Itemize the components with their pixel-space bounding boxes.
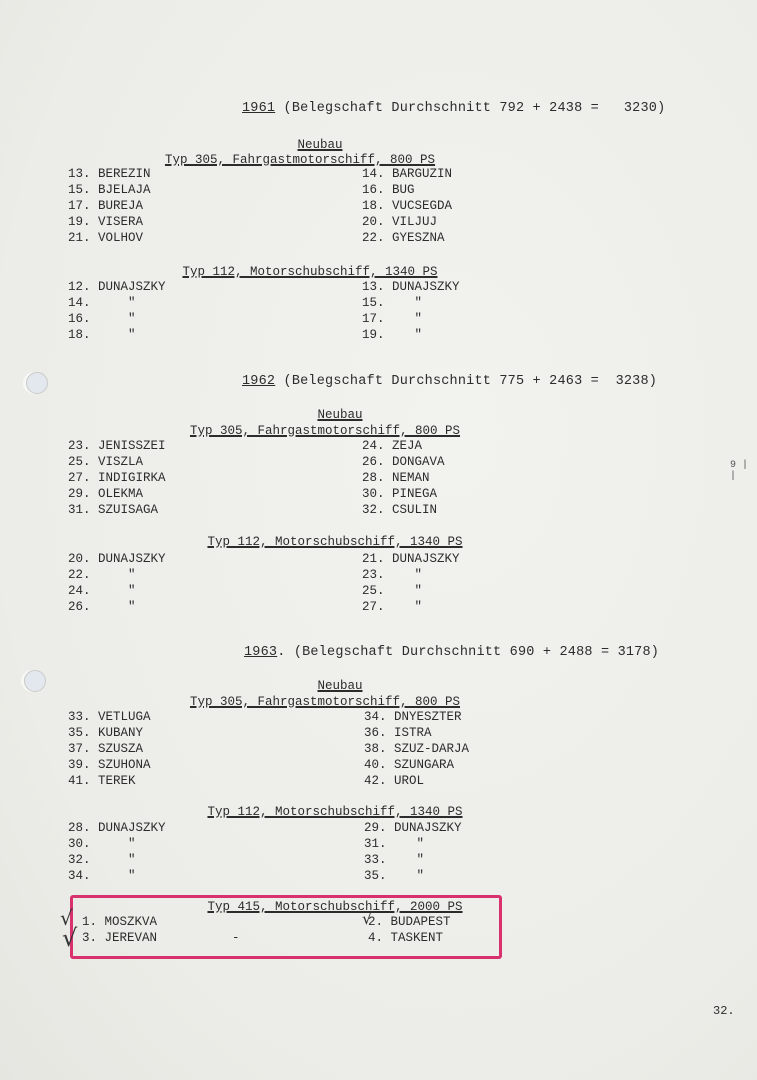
ship-entry: 16. BUG	[362, 182, 415, 198]
ship-entry: 34. DNYESZTER	[364, 709, 462, 725]
ship-entry: 21. DUNAJSZKY	[362, 551, 460, 567]
ship-entry: 28. NEMAN	[362, 470, 430, 486]
ship-entry: 27. INDIGIRKA	[68, 470, 166, 486]
ship-entry: 1. MOSZKVA	[82, 914, 157, 930]
workforce-summary: (Belegschaft Durchschnitt 775 + 2463 = 3…	[275, 374, 657, 389]
year-heading-1962: 1962 (Belegschaft Durchschnitt 775 + 246…	[242, 374, 657, 389]
neubau-label: Neubau	[270, 679, 410, 693]
group-heading: Typ 305, Fahrgastmotorschiff, 800 PS	[165, 424, 485, 438]
ship-entry: 34. "	[68, 868, 136, 884]
year-label: 1961	[242, 101, 275, 116]
ship-entry: 25. VISZLA	[68, 454, 143, 470]
ship-entry: 4. TASKENT	[368, 930, 443, 946]
ship-entry: 14. "	[68, 295, 136, 311]
ship-entry: 19. VISERA	[68, 214, 143, 230]
ship-entry: 31. "	[364, 836, 424, 852]
year-heading-1961: 1961 (Belegschaft Durchschnitt 792 + 243…	[242, 101, 665, 116]
ship-entry: 23. JENISSZEI	[68, 438, 166, 454]
ship-entry: 29. OLEKMA	[68, 486, 143, 502]
neubau-label: Neubau	[270, 408, 410, 422]
ship-entry: 35. KUBANY	[68, 725, 143, 741]
year-label: 1962	[242, 374, 275, 389]
ship-entry: 20. VILJUJ	[362, 214, 437, 230]
document-page: 9 | | 1961 (Belegschaft Durchschnitt 792…	[0, 0, 757, 1080]
ship-entry: 37. SZUSZA	[68, 741, 143, 757]
workforce-summary: . (Belegschaft Durchschnitt 690 + 2488 =…	[277, 645, 659, 660]
ship-entry: 20. DUNAJSZKY	[68, 551, 166, 567]
group-heading: Typ 305, Fahrgastmotorschiff, 800 PS	[165, 695, 485, 709]
side-mark: 9 | |	[730, 460, 757, 482]
ship-entry: 30. "	[68, 836, 136, 852]
group-heading: Typ 305, Fahrgastmotorschiff, 800 PS	[140, 153, 460, 167]
ship-entry: 29. DUNAJSZKY	[364, 820, 462, 836]
checkmark-icon: √	[62, 924, 77, 952]
ship-entry: 22. GYESZNA	[362, 230, 445, 246]
group-heading: Typ 112, Motorschubschiff, 1340 PS	[185, 805, 485, 819]
ship-entry: 26. DONGAVA	[362, 454, 445, 470]
group-heading: Typ 415, Motorschubschiff, 2000 PS	[185, 900, 485, 914]
ship-entry: 12. DUNAJSZKY	[68, 279, 166, 295]
ship-entry: 13. DUNAJSZKY	[362, 279, 460, 295]
punch-hole	[26, 372, 48, 394]
ship-entry: 22. "	[68, 567, 136, 583]
ship-entry: 32. "	[68, 852, 136, 868]
ship-entry: 23. "	[362, 567, 422, 583]
ship-entry: 16. "	[68, 311, 136, 327]
group-heading: Typ 112, Motorschubschiff, 1340 PS	[160, 265, 460, 279]
workforce-summary: (Belegschaft Durchschnitt 792 + 2438 = 3…	[275, 101, 665, 116]
checkmark-icon: √	[362, 909, 372, 928]
ship-entry: 21. VOLHOV	[68, 230, 143, 246]
ship-entry: 28. DUNAJSZKY	[68, 820, 166, 836]
ship-entry: 33. "	[364, 852, 424, 868]
ship-entry: 13. BEREZIN	[68, 166, 151, 182]
ship-entry: 18. "	[68, 327, 136, 343]
ship-entry: 38. SZUZ-DARJA	[364, 741, 469, 757]
ship-entry: 14. BARGUZIN	[362, 166, 452, 182]
ship-entry: 25. "	[362, 583, 422, 599]
year-label: 1963	[244, 645, 277, 660]
ship-entry: 17. "	[362, 311, 422, 327]
ship-entry: 42. UROL	[364, 773, 424, 789]
ship-entry: 3. JEREVAN -	[82, 930, 240, 946]
ship-entry: 36. ISTRA	[364, 725, 432, 741]
ship-entry: 32. CSULIN	[362, 502, 437, 518]
ship-entry: 24. "	[68, 583, 136, 599]
year-heading-1963: 1963. (Belegschaft Durchschnitt 690 + 24…	[244, 645, 659, 660]
page-number: 32.	[713, 1004, 735, 1018]
ship-entry: 40. SZUNGARA	[364, 757, 454, 773]
ship-entry: 24. ZEJA	[362, 438, 422, 454]
ship-entry: 26. "	[68, 599, 136, 615]
ship-entry: 2. BUDAPEST	[368, 914, 451, 930]
ship-entry: 15. BJELAJA	[68, 182, 151, 198]
ship-entry: 30. PINEGA	[362, 486, 437, 502]
ship-entry: 33. VETLUGA	[68, 709, 151, 725]
ship-entry: 39. SZUHONA	[68, 757, 151, 773]
ship-entry: 19. "	[362, 327, 422, 343]
ship-entry: 31. SZUISAGA	[68, 502, 158, 518]
ship-entry: 18. VUCSEGDA	[362, 198, 452, 214]
ship-entry: 35. "	[364, 868, 424, 884]
neubau-label: Neubau	[250, 138, 390, 152]
group-heading: Typ 112, Motorschubschiff, 1340 PS	[185, 535, 485, 549]
punch-hole	[24, 670, 46, 692]
ship-entry: 41. TEREK	[68, 773, 136, 789]
ship-entry: 27. "	[362, 599, 422, 615]
ship-entry: 17. BUREJA	[68, 198, 143, 214]
ship-entry: 15. "	[362, 295, 422, 311]
